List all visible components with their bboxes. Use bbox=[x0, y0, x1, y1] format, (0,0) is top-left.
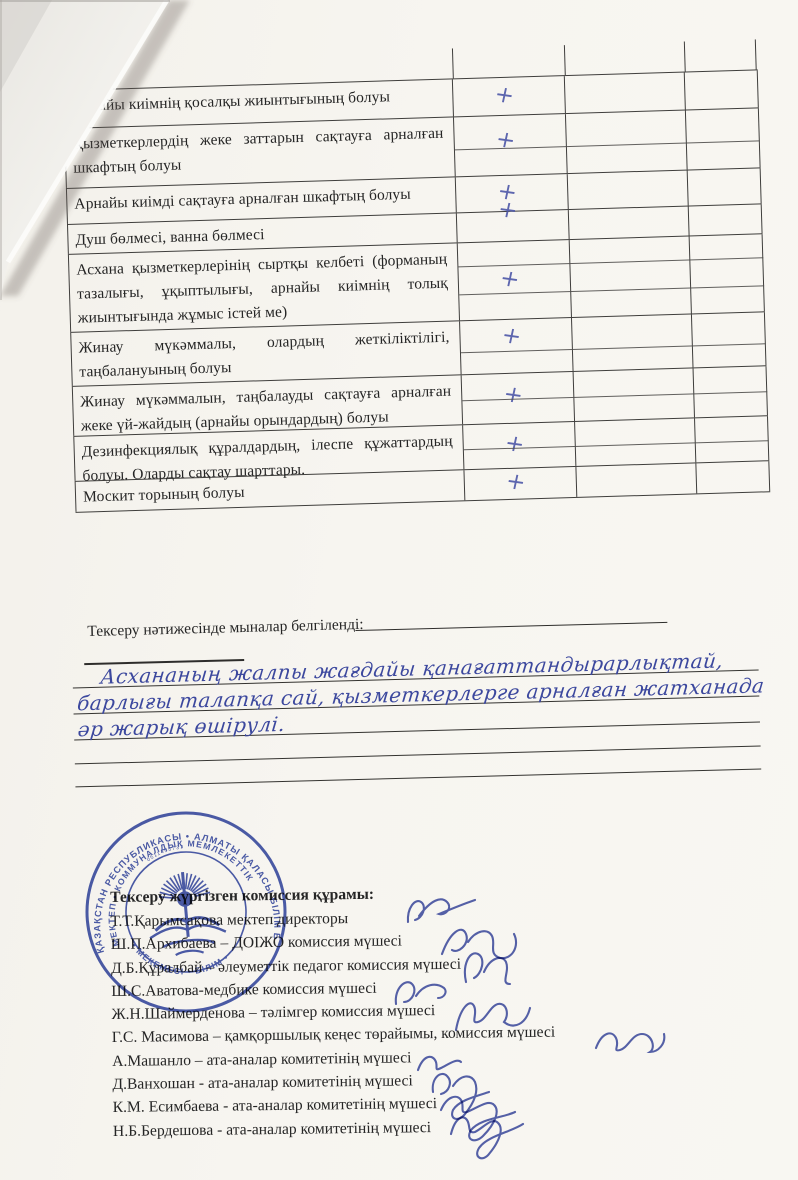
checkmark-cell: + bbox=[453, 76, 566, 116]
ruled-line bbox=[75, 745, 761, 764]
plus-mark: + bbox=[502, 430, 527, 458]
signature-stroke bbox=[465, 953, 510, 984]
empty-cell bbox=[568, 171, 689, 210]
page-fold bbox=[0, 0, 300, 330]
column-line-stub bbox=[684, 42, 686, 72]
empty-cell bbox=[566, 111, 688, 174]
empty-cell bbox=[689, 204, 763, 235]
checkmark-cell: + bbox=[460, 318, 574, 374]
plus-mark: + bbox=[495, 196, 520, 224]
signature bbox=[447, 1108, 529, 1164]
empty-cell bbox=[569, 206, 690, 239]
empty-cell bbox=[685, 70, 759, 109]
empty-cell bbox=[688, 168, 762, 205]
page-left-edge bbox=[0, 0, 2, 300]
empty-cell bbox=[576, 463, 697, 497]
coat-of-arms bbox=[145, 869, 228, 957]
signature-stroke bbox=[456, 1003, 530, 1030]
signature-stroke bbox=[396, 982, 446, 1004]
checkmark-cell: + bbox=[454, 114, 568, 176]
signature-stroke bbox=[451, 1117, 523, 1158]
scanned-document-page: Арнайы киімнің қосалқы жиынтығының болуы… bbox=[0, 0, 798, 1180]
signature bbox=[392, 976, 454, 1012]
fill-in-line bbox=[355, 600, 667, 631]
column-line-stub bbox=[755, 39, 757, 69]
empty-cell bbox=[695, 416, 769, 462]
empty-cell bbox=[570, 236, 692, 317]
findings-label: Тексеру нәтижесінде мыналар белгіленді: bbox=[87, 616, 364, 641]
official-seal: ҚАЗАҚСТАН РЕСПУБЛИКАСЫ • АЛМАТЫ ҚАЛАСЫ Б… bbox=[67, 793, 305, 1031]
signature bbox=[452, 992, 534, 1038]
signature-stroke bbox=[408, 899, 475, 922]
empty-cell bbox=[692, 312, 767, 367]
plus-mark: + bbox=[492, 81, 517, 109]
empty-cell bbox=[686, 108, 761, 169]
empty-cell bbox=[572, 314, 694, 371]
plus-mark: + bbox=[499, 322, 524, 350]
plus-mark: + bbox=[498, 265, 523, 293]
column-line-stub bbox=[452, 48, 454, 78]
plus-mark: + bbox=[501, 381, 526, 409]
checkmark-cell: + bbox=[457, 210, 570, 242]
signature bbox=[592, 1022, 670, 1060]
empty-cell bbox=[696, 461, 770, 493]
signature-stroke bbox=[596, 1033, 664, 1052]
checkmark-cell: + bbox=[464, 467, 577, 500]
signature bbox=[460, 946, 518, 988]
column-line-stub bbox=[564, 45, 566, 75]
ruled-line bbox=[75, 768, 761, 787]
checkmark-cell: + bbox=[458, 240, 572, 320]
handwriting-line: әр жарық өшірулі. bbox=[77, 712, 287, 741]
plus-mark: + bbox=[493, 126, 518, 154]
plus-mark: + bbox=[504, 468, 529, 496]
empty-cell bbox=[690, 234, 765, 313]
page-top-edge bbox=[0, 0, 170, 2]
empty-cell bbox=[565, 73, 686, 114]
